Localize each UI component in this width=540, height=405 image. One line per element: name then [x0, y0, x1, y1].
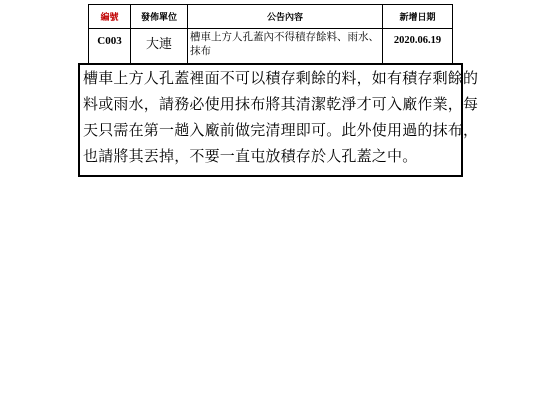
table-header-row: 編號 發佈單位 公告內容 新增日期	[89, 5, 453, 29]
notice-text-line: 槽車上方人孔蓋裡面不可以積存剩餘的料，如有積存剩餘的	[83, 66, 461, 92]
notice-text-line: 料或雨水，請務必使用抹布將其清潔乾淨才可入廠作業，每	[83, 92, 461, 118]
notice-text-line: 天只需在第一趟入廠前做完清理即可。此外使用過的抹布，	[83, 118, 461, 144]
header-date: 新增日期	[383, 5, 453, 29]
header-id: 編號	[89, 5, 131, 29]
announcement-table: 編號 發佈單位 公告內容 新增日期 C003 大連 槽車上方人孔蓋內不得積存餘料…	[88, 4, 453, 70]
header-unit: 發佈單位	[131, 5, 188, 29]
notice-text-line: 也請將其丟掉，不要一直屯放積存於人孔蓋之中。	[83, 144, 461, 170]
header-content: 公告內容	[188, 5, 383, 29]
notice-detail-box: 槽車上方人孔蓋裡面不可以積存剩餘的料，如有積存剩餘的 料或雨水，請務必使用抹布將…	[78, 63, 463, 177]
